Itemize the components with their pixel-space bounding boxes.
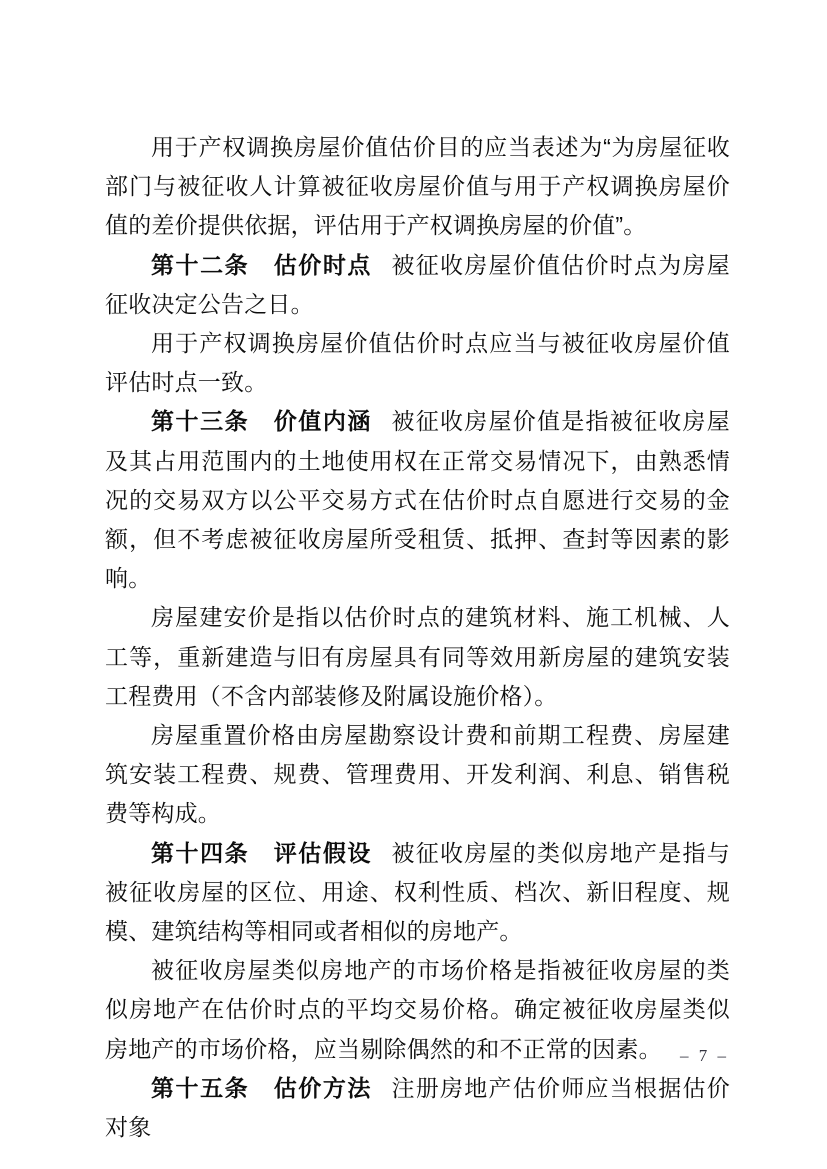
- paragraph-article-13: 第十三条 价值内涵被征收房屋价值是指被征收房屋及其占用范围内的土地使用权在正常交…: [105, 402, 730, 598]
- paragraph-article-12: 第十二条 估价时点被征收房屋价值估价时点为房屋征收决定公告之日。: [105, 246, 730, 324]
- paragraph: 房屋重置价格由房屋勘察设计费和前期工程费、房屋建筑安装工程费、规费、管理费用、开…: [105, 716, 730, 834]
- paragraph: 用于产权调换房屋价值估价时点应当与被征收房屋价值评估时点一致。: [105, 324, 730, 402]
- paragraph-text: 用于产权调换房屋价值估价目的应当表述为“为房屋征收部门与被征收人计算被征收房屋价…: [105, 134, 730, 238]
- document-body: 用于产权调换房屋价值估价目的应当表述为“为房屋征收部门与被征收人计算被征收房屋价…: [105, 128, 730, 1147]
- paragraph: 被征收房屋类似房地产的市场价格是指被征收房屋的类似房地产在估价时点的平均交易价格…: [105, 951, 730, 1069]
- paragraph-article-15: 第十五条 估价方法注册房地产估价师应当根据估价对象: [105, 1069, 730, 1147]
- paragraph: 用于产权调换房屋价值估价目的应当表述为“为房屋征收部门与被征收人计算被征收房屋价…: [105, 128, 730, 246]
- paragraph-text: 被征收房屋类似房地产的市场价格是指被征收房屋的类似房地产在估价时点的平均交易价格…: [105, 957, 730, 1061]
- paragraph: 房屋建安价是指以估价时点的建筑材料、施工机械、人工等，重新建造与旧有房屋具有同等…: [105, 598, 730, 716]
- paragraph-text: 用于产权调换房屋价值估价时点应当与被征收房屋价值评估时点一致。: [105, 330, 730, 395]
- page-number: – 7 –: [680, 1046, 729, 1066]
- article-heading: 第十二条 估价时点: [151, 252, 372, 278]
- article-heading: 第十三条 价值内涵: [151, 408, 372, 434]
- document-page: 用于产权调换房屋价值估价目的应当表述为“为房屋征收部门与被征收人计算被征收房屋价…: [0, 0, 827, 1169]
- paragraph-article-14: 第十四条 评估假设被征收房屋的类似房地产是指与被征收房屋的区位、用途、权利性质、…: [105, 834, 730, 952]
- article-heading: 第十四条 评估假设: [151, 840, 372, 866]
- paragraph-text: 房屋建安价是指以估价时点的建筑材料、施工机械、人工等，重新建造与旧有房屋具有同等…: [105, 604, 730, 708]
- paragraph-text: 被征收房屋价值是指被征收房屋及其占用范围内的土地使用权在正常交易情况下，由熟悉情…: [105, 408, 730, 591]
- paragraph-text: 房屋重置价格由房屋勘察设计费和前期工程费、房屋建筑安装工程费、规费、管理费用、开…: [105, 722, 730, 826]
- article-heading: 第十五条 估价方法: [151, 1075, 372, 1101]
